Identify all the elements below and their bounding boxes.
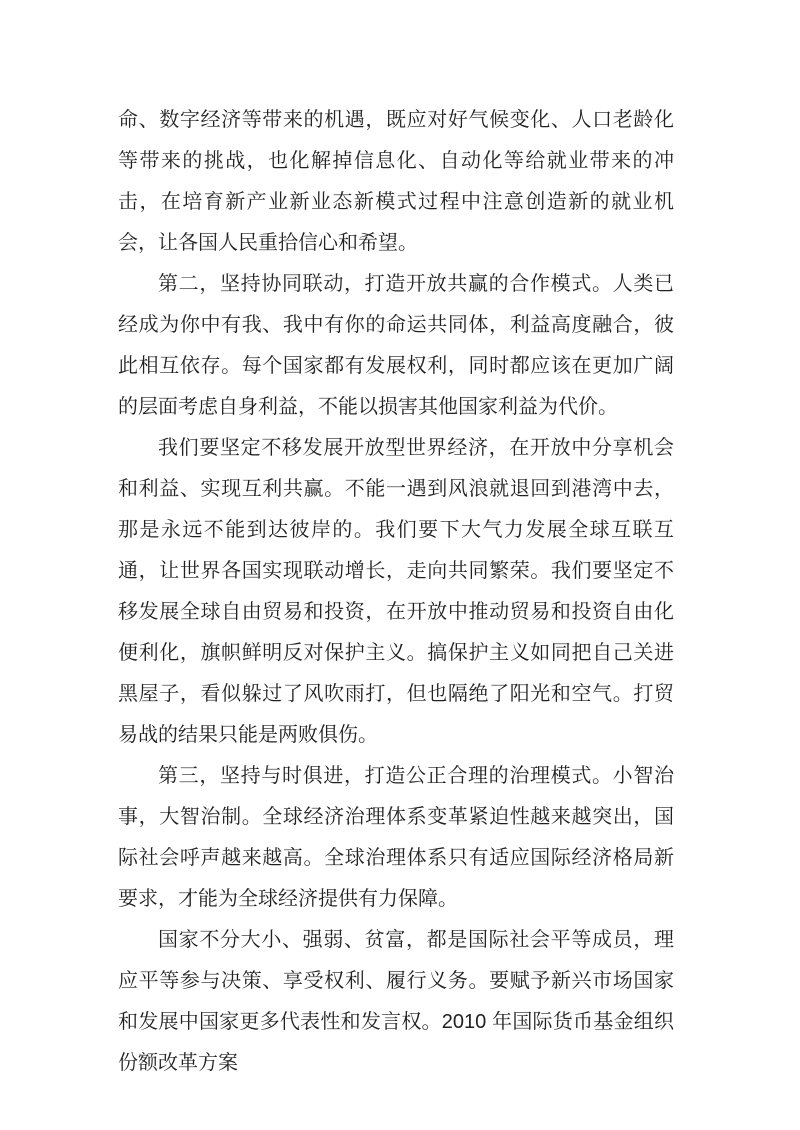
document-text-block: 命、数字经济等带来的机遇，既应对好气候变化、人口老龄化等带来的挑战，也化解掉信息… bbox=[118, 100, 674, 1084]
paragraph-second-point: 第二，坚持协同联动，打造开放共赢的合作模式。人类已经成为你中有我、我中有你的命运… bbox=[118, 264, 674, 428]
paragraph-continuation: 命、数字经济等带来的机遇，既应对好气候变化、人口老龄化等带来的挑战，也化解掉信息… bbox=[118, 100, 674, 264]
document-page: 命、数字经济等带来的机遇，既应对好气候变化、人口老龄化等带来的挑战，也化解掉信息… bbox=[0, 0, 800, 1130]
paragraph-third-point: 第三，坚持与时俱进，打造公正合理的治理模式。小智治事，大智治制。全球经济治理体系… bbox=[118, 756, 674, 920]
paragraph-open-world-economy: 我们要坚定不移发展开放型世界经济，在开放中分享机会和利益、实现互利共赢。不能一遇… bbox=[118, 428, 674, 756]
paragraph-equal-members: 国家不分大小、强弱、贫富，都是国际社会平等成员，理应平等参与决策、享受权利、履行… bbox=[118, 920, 674, 1084]
